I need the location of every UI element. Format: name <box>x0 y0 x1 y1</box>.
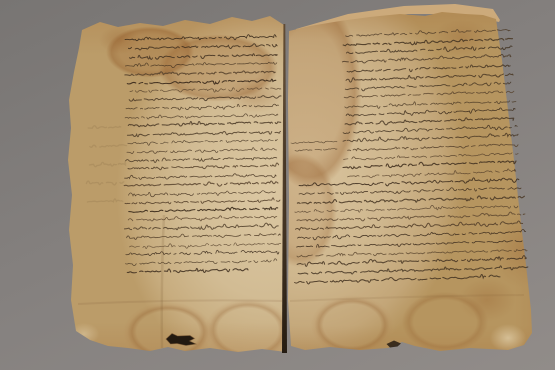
photo-backdrop <box>0 0 555 370</box>
